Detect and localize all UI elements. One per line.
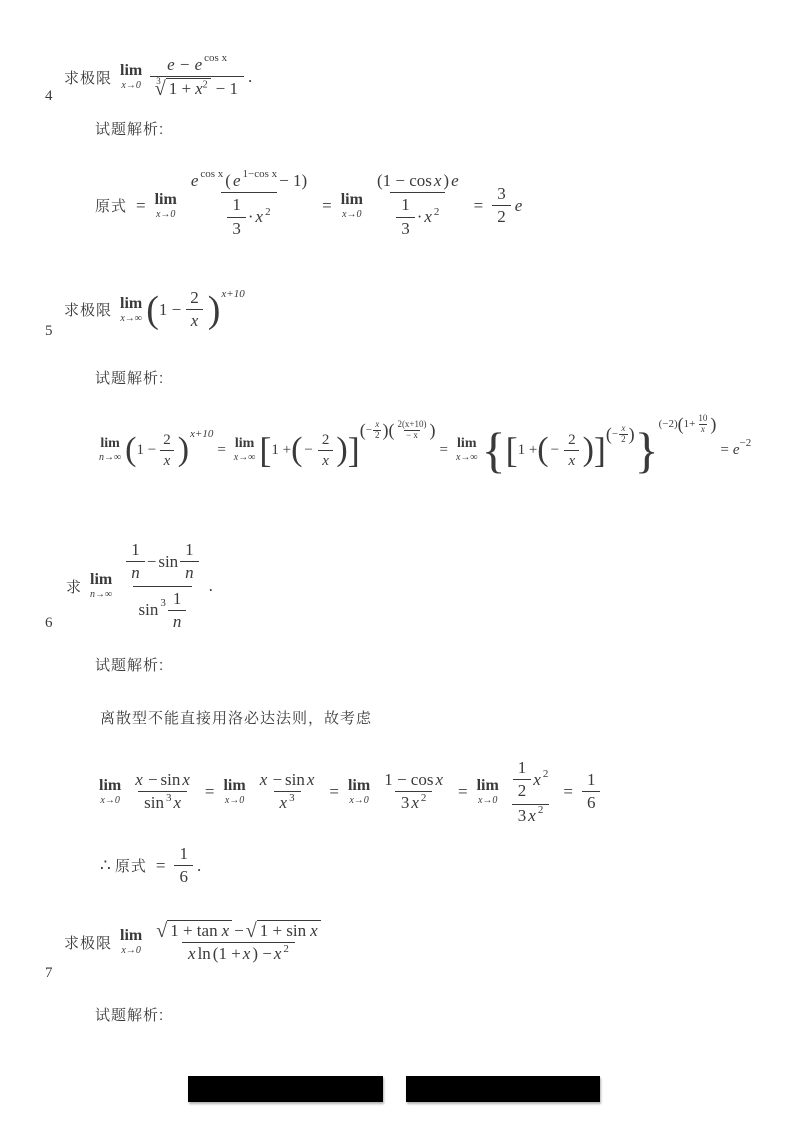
lim-subscript: x→0 bbox=[342, 210, 361, 220]
exponent: −2 bbox=[740, 437, 752, 449]
term: (−2) bbox=[659, 418, 678, 430]
term: 1 + bbox=[271, 442, 291, 459]
variable: x bbox=[274, 944, 282, 964]
right-paren: ) bbox=[583, 436, 594, 465]
problem-4-statement: 求极限 lim x→0 e − e cos x 3 √ 1 +x2 − 1 . bbox=[64, 54, 252, 101]
equals-sign: = bbox=[205, 782, 215, 802]
term: 1+ bbox=[684, 418, 696, 430]
problem-5-statement: 求极限 lim x→∞ ( 1 − 2 x ) x+10 bbox=[64, 287, 245, 333]
variable: x bbox=[243, 944, 251, 964]
problem-number-7: 7 bbox=[45, 965, 53, 982]
analysis-label-4: 试题解析: bbox=[95, 118, 164, 139]
period: . bbox=[197, 856, 201, 876]
variable: x bbox=[528, 806, 536, 826]
exponent-group: ( − x 2 ) bbox=[606, 424, 635, 444]
fraction: 1 n bbox=[180, 539, 199, 585]
limit-operator: lim x→0 bbox=[341, 192, 363, 220]
limit-operator: lim x→0 bbox=[348, 778, 370, 806]
lim-subscript: x→0 bbox=[349, 796, 368, 806]
exponent: x+10 bbox=[190, 428, 213, 440]
fraction: 1 6 bbox=[174, 843, 193, 889]
left-bracket: [ bbox=[506, 435, 518, 466]
fraction-denominator: 1 3 · x 2 bbox=[221, 192, 276, 241]
problem-number-6: 6 bbox=[45, 615, 53, 632]
fraction-denominator: sin 3 1 n bbox=[133, 586, 193, 635]
fraction-numerator: e − e cos x bbox=[161, 54, 233, 76]
variable: x bbox=[424, 207, 432, 227]
radical: √ 1 +x2 bbox=[155, 78, 211, 99]
term: (1 − cos bbox=[377, 171, 432, 191]
fraction: 2 x bbox=[564, 430, 580, 471]
fraction-numerator: x bbox=[619, 424, 627, 433]
fraction-numerator: 1 bbox=[227, 194, 246, 216]
fraction-denominator: 3 x 2 bbox=[395, 791, 433, 814]
fraction-denominator: 2 bbox=[373, 430, 382, 440]
minus-sign: − bbox=[234, 921, 244, 941]
left-bracket: [ bbox=[259, 435, 271, 466]
equals-sign: = bbox=[156, 856, 166, 876]
variable: e bbox=[191, 171, 199, 191]
fraction-denominator: n bbox=[168, 610, 187, 633]
fraction: 1 2 x 2 3 x 2 bbox=[507, 756, 555, 827]
variable: x bbox=[435, 770, 443, 790]
variable: e bbox=[733, 442, 740, 459]
right-brace: } bbox=[635, 429, 659, 472]
right-paren: ) bbox=[178, 436, 189, 465]
term: 1 + bbox=[518, 442, 538, 459]
equals-sign: = bbox=[136, 196, 146, 216]
fraction-denominator: n bbox=[126, 561, 145, 584]
exponent: 2 bbox=[538, 804, 544, 817]
exponent: 2 bbox=[283, 943, 289, 956]
fraction-denominator: − x bbox=[404, 430, 420, 440]
term: ) − bbox=[252, 944, 272, 964]
fraction: 1 n bbox=[168, 588, 187, 634]
lim-subscript: x→0 bbox=[121, 946, 140, 956]
minus-sign: − bbox=[366, 424, 372, 436]
lim-word: lim bbox=[120, 296, 142, 312]
fraction: 1 6 bbox=[582, 769, 601, 815]
fraction-numerator: x − sin x bbox=[129, 769, 196, 791]
fraction-numerator: 1 bbox=[396, 194, 415, 216]
lim-subscript: n→∞ bbox=[99, 453, 121, 463]
fraction: 1 n bbox=[126, 539, 145, 585]
right-paren: ) bbox=[443, 171, 449, 191]
lim-word: lim bbox=[120, 63, 142, 79]
limit-operator: lim x→0 bbox=[120, 928, 142, 956]
fraction-numerator: 1 bbox=[582, 769, 601, 791]
exponent: x+10 bbox=[221, 288, 244, 300]
problem-6-prefix: 求 bbox=[66, 576, 82, 597]
exponent-group: ( − x 2 ) ( 2(x+10) − x ) bbox=[360, 420, 436, 440]
radicand: 1 + sinx bbox=[257, 920, 321, 941]
right-bracket: ] bbox=[348, 435, 360, 466]
analysis-label-7: 试题解析: bbox=[95, 1004, 164, 1025]
lim-subscript: x→0 bbox=[100, 796, 119, 806]
fraction-denominator: 3 bbox=[227, 217, 246, 240]
problem-4-prefix: 求极限 bbox=[64, 67, 112, 88]
lim-word: lim bbox=[341, 192, 363, 208]
exponent: cos x bbox=[204, 52, 227, 65]
limit-operator: lim x→∞ bbox=[456, 437, 478, 463]
fraction-numerator: 3 bbox=[492, 183, 511, 205]
variable: x bbox=[188, 944, 196, 964]
coefficient: 3 bbox=[518, 806, 527, 826]
variable: x bbox=[280, 793, 288, 813]
variable: e bbox=[233, 171, 241, 191]
fraction: 1 − cos x 3 x 2 bbox=[378, 769, 449, 815]
original-expression-label: 原式 bbox=[115, 855, 147, 876]
multiplication-dot: · bbox=[417, 207, 423, 227]
analysis-label-6: 试题解析: bbox=[95, 654, 164, 675]
exponent: 2 bbox=[434, 206, 440, 219]
fraction-numerator: 10 bbox=[696, 414, 709, 423]
fraction-numerator: 1 bbox=[180, 539, 199, 561]
solution-4-formula: 原式 = lim x→0 e cos x ( e 1−cos x − 1) 1 … bbox=[95, 170, 522, 241]
fraction-denominator: x bbox=[160, 450, 175, 471]
analysis-label-5: 试题解析: bbox=[95, 367, 164, 388]
fraction-denominator: 1 3 · x 2 bbox=[390, 192, 445, 241]
fraction-denominator: 3 √ 1 +x2 − 1 bbox=[150, 76, 244, 100]
fraction-denominator: sin 3 x bbox=[138, 791, 187, 814]
function-name: sin bbox=[285, 770, 305, 790]
lim-subscript: x→0 bbox=[478, 796, 497, 806]
left-brace: { bbox=[482, 429, 506, 472]
exponent: 3 bbox=[166, 792, 172, 805]
solution-6-note: 离散型不能直接用洛必达法则，故考虑 bbox=[100, 707, 372, 728]
fraction-denominator: x ln (1 + x ) − x 2 bbox=[182, 942, 295, 965]
radical: √ 1 + sinx bbox=[246, 920, 321, 941]
period: . bbox=[209, 576, 213, 596]
fraction-numerator: 2 bbox=[159, 430, 175, 450]
therefore-sign: ∴ bbox=[100, 856, 111, 876]
fraction-numerator: √ 1 + tanx − √ 1 + sinx bbox=[150, 919, 326, 942]
fraction-denominator: 3 x 2 bbox=[512, 804, 550, 827]
lim-word: lim bbox=[99, 778, 121, 794]
fraction-numerator: 2 bbox=[564, 430, 580, 450]
document-page: 4 求极限 lim x→0 e − e cos x 3 √ 1 +x2 − 1 … bbox=[0, 0, 793, 1122]
lim-subscript: n→∞ bbox=[90, 590, 112, 600]
root-index: 3 bbox=[156, 76, 161, 87]
right-paren: ) bbox=[710, 415, 716, 433]
minus-sign: − bbox=[147, 552, 157, 572]
solution-6-conclusion: ∴ 原式 = 1 6 . bbox=[100, 843, 201, 889]
redacted-image-1 bbox=[188, 1076, 383, 1102]
small-fraction: 10 x bbox=[696, 414, 709, 434]
minus-sign: − bbox=[304, 442, 312, 459]
exponent: 3 bbox=[289, 792, 295, 805]
right-paren: ) bbox=[430, 421, 436, 439]
term: 1 + tan bbox=[170, 921, 217, 940]
fraction-denominator: x bbox=[318, 450, 333, 471]
term: 1 + bbox=[169, 79, 191, 98]
fraction-numerator: x − sin x bbox=[254, 769, 321, 791]
lim-word: lim bbox=[100, 437, 119, 451]
multiplication-dot: · bbox=[248, 207, 254, 227]
term: 1 + sin bbox=[260, 921, 306, 940]
lim-word: lim bbox=[457, 437, 476, 451]
limit-operator: lim x→0 bbox=[99, 778, 121, 806]
variable: x bbox=[434, 171, 442, 191]
fraction: (1 − cos x ) e 1 3 · x 2 bbox=[371, 170, 465, 241]
variable: x bbox=[222, 921, 230, 940]
fraction: 1 n − sin 1 n sin 3 1 n bbox=[120, 538, 204, 635]
lim-word: lim bbox=[223, 778, 245, 794]
fraction-numerator: 1 n − sin 1 n bbox=[120, 538, 204, 586]
term: 1 − bbox=[159, 300, 181, 320]
fraction-denominator: 2 bbox=[513, 779, 532, 802]
variable: x bbox=[533, 770, 541, 790]
variable: x bbox=[182, 770, 190, 790]
equals-sign: = bbox=[217, 442, 225, 459]
minus-sign: − bbox=[612, 428, 618, 440]
fraction-numerator: 2 bbox=[318, 430, 334, 450]
small-fraction: x 2 bbox=[619, 424, 628, 444]
fraction-numerator: (1 − cos x ) e bbox=[371, 170, 465, 192]
lim-word: lim bbox=[348, 778, 370, 794]
fraction: x − sin x sin 3 x bbox=[129, 769, 196, 815]
right-bracket: ] bbox=[594, 435, 606, 466]
fraction-numerator: 1 bbox=[168, 588, 187, 610]
function-name: ln bbox=[198, 944, 211, 964]
minus-sign: − bbox=[551, 442, 559, 459]
term: e − e bbox=[167, 55, 202, 75]
problem-5-prefix: 求极限 bbox=[64, 299, 112, 320]
fraction-denominator: n bbox=[180, 561, 199, 584]
fraction: 1 3 bbox=[227, 194, 246, 240]
radical-sign-icon: √ bbox=[156, 921, 167, 941]
right-paren: ) bbox=[629, 425, 635, 443]
solution-6-formula: lim x→0 x − sin x sin 3 x = lim x→0 x − … bbox=[95, 756, 604, 827]
problem-7-statement: 求极限 lim x→0 √ 1 + tanx − √ 1 + sinx x ln… bbox=[64, 919, 331, 966]
limit-operator: lim x→∞ bbox=[120, 296, 142, 324]
limit-operator: lim x→0 bbox=[120, 63, 142, 91]
fraction-numerator: 2 bbox=[185, 287, 204, 309]
fraction-numerator: 1 2 x 2 bbox=[507, 756, 555, 804]
lim-subscript: x→0 bbox=[156, 210, 175, 220]
lim-subscript: x→∞ bbox=[120, 314, 142, 324]
exponent: 2 bbox=[203, 80, 208, 91]
term: − 1) bbox=[279, 171, 307, 191]
solution-5-formula: lim n→∞ ( 1 − 2 x ) x+10 = lim x→∞ [ 1 +… bbox=[95, 429, 751, 472]
fraction-denominator: x bbox=[564, 450, 579, 471]
radicand: 1 +x2 bbox=[166, 78, 211, 99]
limit-operator: lim x→0 bbox=[155, 192, 177, 220]
lim-word: lim bbox=[235, 437, 254, 451]
lim-subscript: x→0 bbox=[225, 796, 244, 806]
problem-number-4: 4 bbox=[45, 88, 53, 105]
fraction-denominator: x 3 bbox=[274, 791, 301, 814]
fraction: 1 2 bbox=[513, 757, 532, 803]
fraction-numerator: 1 bbox=[126, 539, 145, 561]
equals-sign: = bbox=[329, 782, 339, 802]
fraction-numerator: 1 − cos x bbox=[378, 769, 449, 791]
variable: e bbox=[515, 196, 523, 216]
small-fraction: x 2 bbox=[373, 420, 382, 440]
fraction-denominator: 2 bbox=[492, 205, 511, 228]
fraction-numerator: x bbox=[373, 420, 381, 429]
exponent: 2 bbox=[265, 206, 271, 219]
term: (1 + bbox=[213, 944, 241, 964]
left-paren: ( bbox=[146, 294, 159, 326]
radical-sign-icon: √ bbox=[246, 921, 257, 941]
variable: x bbox=[307, 770, 315, 790]
fraction-numerator: 1 bbox=[174, 843, 193, 865]
exponent-group: (−2) ( 1+ 10 x ) bbox=[659, 414, 717, 434]
period: . bbox=[248, 67, 252, 87]
variable: x bbox=[411, 793, 419, 813]
limit-operator: lim n→∞ bbox=[99, 437, 121, 463]
equals-sign: = bbox=[322, 196, 332, 216]
fraction: x − sin x x 3 bbox=[254, 769, 321, 815]
left-paren: ( bbox=[125, 436, 136, 465]
equals-sign: = bbox=[563, 782, 573, 802]
fraction-denominator: 6 bbox=[582, 791, 601, 814]
variable: x bbox=[310, 921, 318, 940]
lim-subscript: x→∞ bbox=[234, 453, 256, 463]
function-name: sin bbox=[158, 552, 178, 572]
variable: x bbox=[256, 207, 264, 227]
left-paren: ( bbox=[291, 436, 302, 465]
function-name: sin bbox=[161, 770, 181, 790]
exponent: 2 bbox=[421, 792, 427, 805]
fraction: 2 x bbox=[185, 287, 204, 333]
problem-number-5: 5 bbox=[45, 323, 53, 340]
fraction-denominator: 3 bbox=[396, 217, 415, 240]
problem-6-statement: 求 lim n→∞ 1 n − sin 1 n sin 3 bbox=[66, 538, 213, 635]
limit-operator: lim n→∞ bbox=[90, 572, 112, 600]
function-name: sin bbox=[144, 793, 164, 813]
limit-operator: lim x→0 bbox=[477, 778, 499, 806]
equals-sign: = bbox=[474, 196, 484, 216]
limit-operator: lim x→0 bbox=[223, 778, 245, 806]
small-fraction: 2(x+10) − x bbox=[395, 420, 428, 440]
fraction: 2 x bbox=[159, 430, 175, 471]
term: − 1 bbox=[216, 79, 238, 99]
fraction-denominator: 6 bbox=[174, 865, 193, 888]
fraction: e − e cos x 3 √ 1 +x2 − 1 bbox=[150, 54, 244, 101]
exponent: 2 bbox=[543, 768, 549, 781]
coefficient: 3 bbox=[401, 793, 410, 813]
equals-sign: = bbox=[458, 782, 468, 802]
fraction-denominator: x bbox=[186, 309, 204, 332]
variable: e bbox=[451, 171, 459, 191]
radicand: 1 + tanx bbox=[167, 920, 232, 941]
limit-operator: lim x→∞ bbox=[234, 437, 256, 463]
term: 1 − bbox=[136, 442, 156, 459]
fraction: e cos x ( e 1−cos x − 1) 1 3 · x 2 bbox=[185, 170, 313, 241]
term: x − bbox=[135, 770, 158, 790]
fraction: 1 3 bbox=[396, 194, 415, 240]
equals-sign: = bbox=[440, 442, 448, 459]
left-paren: ( bbox=[388, 421, 394, 439]
fraction-numerator: 1 bbox=[513, 757, 532, 779]
fraction: √ 1 + tanx − √ 1 + sinx x ln (1 + x ) − … bbox=[150, 919, 326, 966]
function-name: sin bbox=[139, 600, 159, 620]
exponent: cos x bbox=[200, 168, 223, 181]
lim-word: lim bbox=[155, 192, 177, 208]
left-paren: ( bbox=[225, 171, 231, 191]
term: x − bbox=[260, 770, 283, 790]
left-paren: ( bbox=[537, 436, 548, 465]
fraction-numerator: e cos x ( e 1−cos x − 1) bbox=[185, 170, 313, 192]
equals-sign: = bbox=[720, 442, 728, 459]
lim-word: lim bbox=[90, 572, 112, 588]
right-paren: ) bbox=[336, 436, 347, 465]
redacted-image-2 bbox=[406, 1076, 600, 1102]
fraction: 3 2 bbox=[492, 183, 511, 229]
fraction: 2 x bbox=[318, 430, 334, 471]
variable: x bbox=[173, 793, 181, 813]
fraction-numerator: 2(x+10) bbox=[395, 420, 428, 429]
term: 1 − cos bbox=[384, 770, 433, 790]
lim-subscript: x→∞ bbox=[456, 453, 478, 463]
exponent: 3 bbox=[160, 597, 166, 610]
right-paren: ) bbox=[208, 294, 221, 326]
fraction-denominator: x bbox=[699, 424, 707, 434]
lim-subscript: x→0 bbox=[121, 81, 140, 91]
radical: √ 1 + tanx bbox=[156, 920, 232, 941]
variable: x bbox=[195, 79, 203, 98]
lim-word: lim bbox=[477, 778, 499, 794]
problem-7-prefix: 求极限 bbox=[64, 932, 112, 953]
lim-word: lim bbox=[120, 928, 142, 944]
original-expression-label: 原式 bbox=[95, 195, 127, 216]
exponent: 1−cos x bbox=[243, 168, 278, 181]
fraction-denominator: 2 bbox=[619, 434, 628, 444]
